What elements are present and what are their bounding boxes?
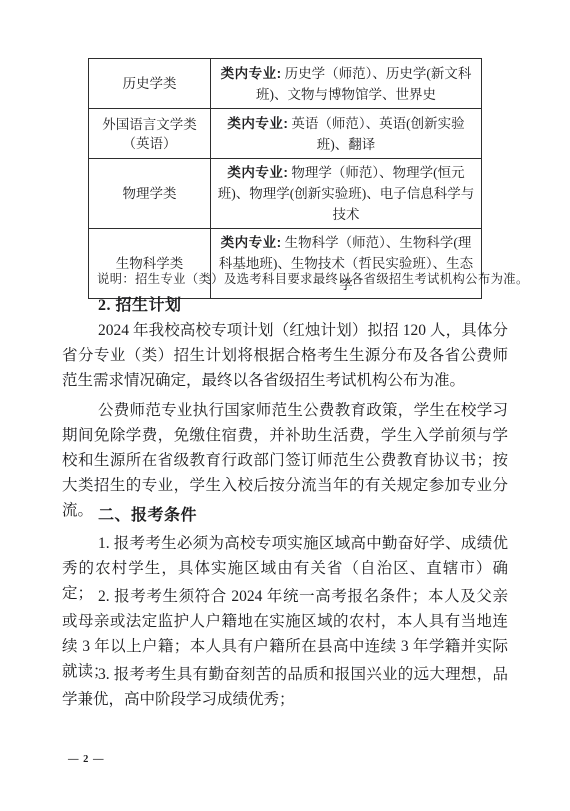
- section-title-application-requirements: 二、报考条件: [98, 502, 197, 525]
- majors-label: 类内专业:: [227, 116, 288, 131]
- majors-table: 历史学类 类内专业:历史学（师范）、历史学(新文科班)、文物与博物馆学、世界史 …: [88, 58, 482, 299]
- page-number: — 2 —: [68, 754, 105, 765]
- category-cell: 历史学类: [89, 59, 211, 109]
- majors-text: 英语（师范）、英语(创新实验班)、翻译: [291, 116, 464, 152]
- paragraph-enrollment-plan-1: 2024 年我校高校专项计划（红烛计划）拟招 120 人，具体分省分专业（类）招…: [62, 318, 508, 393]
- table-note: 说明：招生专业（类）及选考科目要求最终以各省级招生考试机构公布为准。: [97, 269, 529, 287]
- majors-cell: 类内专业:英语（师范）、英语(创新实验班)、翻译: [211, 109, 482, 159]
- paragraph-requirement-3: 3. 报考考生具有勤奋刻苦的品质和报国兴业的远大理想，品学兼优，高中阶段学习成绩…: [62, 662, 508, 712]
- document-page: 历史学类 类内专业:历史学（师范）、历史学(新文科班)、文物与博物馆学、世界史 …: [0, 0, 570, 811]
- category-cell: 物理学类: [89, 159, 211, 229]
- majors-cell: 类内专业:物理学（师范）、物理学(恒元班)、物理学(创新实验班)、电子信息科学与…: [211, 159, 482, 229]
- table-row: 物理学类 类内专业:物理学（师范）、物理学(恒元班)、物理学(创新实验班)、电子…: [89, 159, 482, 229]
- majors-label: 类内专业:: [227, 165, 288, 180]
- majors-text: 历史学（师范）、历史学(新文科班)、文物与博物馆学、世界史: [256, 66, 471, 102]
- table-row: 外国语言文学类 （英语） 类内专业:英语（师范）、英语(创新实验班)、翻译: [89, 109, 482, 159]
- majors-cell: 类内专业:生物科学（师范）、生物科学(理科基地班)、生物技术（哲民实验班）、生态…: [211, 229, 482, 299]
- section-title-enrollment-plan: 2. 招生计划: [98, 292, 182, 315]
- category-cell: 生物科学类: [89, 229, 211, 299]
- majors-cell: 类内专业:历史学（师范）、历史学(新文科班)、文物与博物馆学、世界史: [211, 59, 482, 109]
- table-row: 生物科学类 类内专业:生物科学（师范）、生物科学(理科基地班)、生物技术（哲民实…: [89, 229, 482, 299]
- majors-label: 类内专业:: [221, 235, 282, 250]
- majors-label: 类内专业:: [221, 66, 282, 81]
- category-cell: 外国语言文学类 （英语）: [89, 109, 211, 159]
- table-row: 历史学类 类内专业:历史学（师范）、历史学(新文科班)、文物与博物馆学、世界史: [89, 59, 482, 109]
